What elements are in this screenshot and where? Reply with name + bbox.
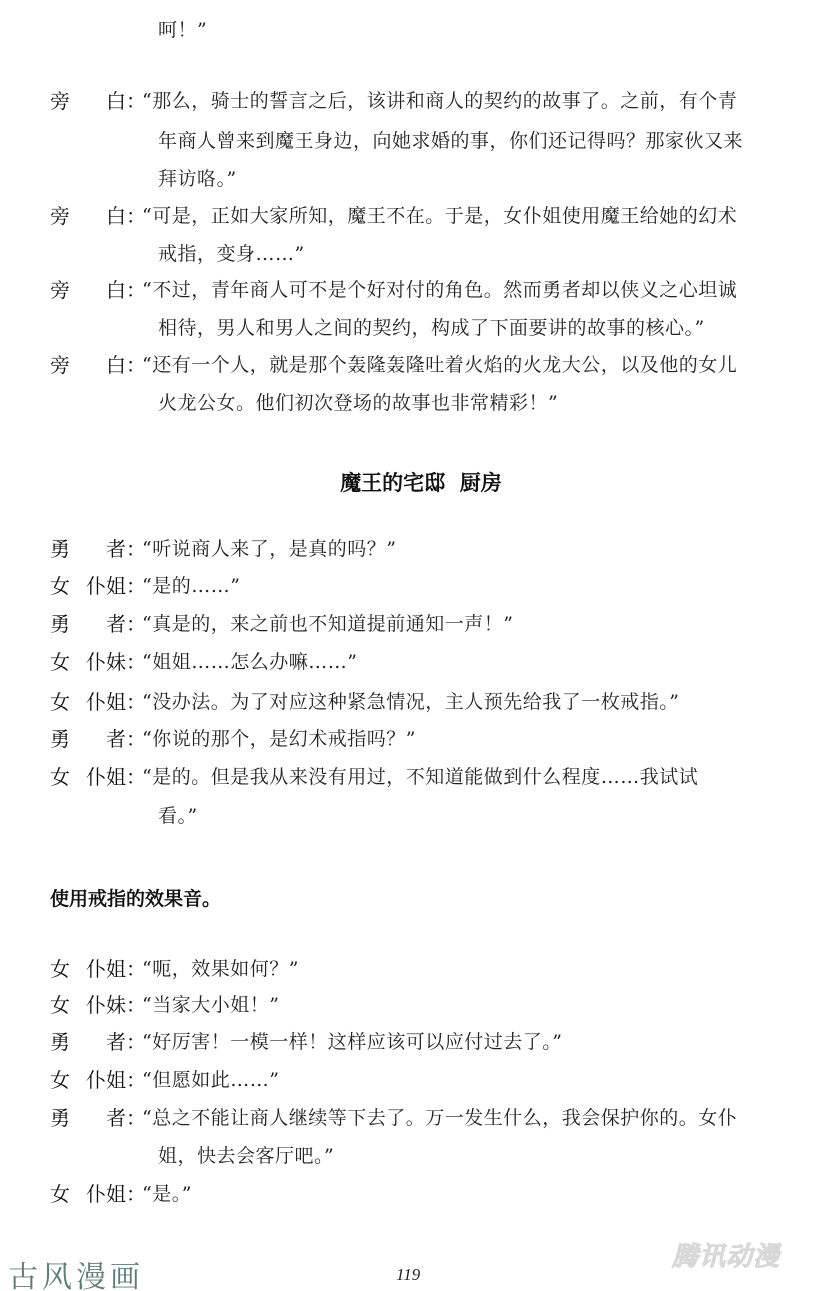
speaker-char-colon: 白： <box>106 90 146 112</box>
speaker-char: 白 <box>106 353 126 377</box>
speaker-char: 姐 <box>106 1068 126 1092</box>
page-number: 119 <box>396 1265 420 1285</box>
speaker-label: 旁 白： <box>50 279 140 301</box>
speaker-char: 女 <box>50 1069 70 1091</box>
dialogue-text: “真是的，来之前也不知道提前通知一声！” <box>142 613 513 635</box>
speaker-label: 勇 者： <box>50 613 140 635</box>
speaker-char-colon: 妹： <box>106 651 146 673</box>
speaker-char: 白 <box>106 278 126 302</box>
speaker-char: 女 <box>50 575 70 597</box>
speaker-char: 仆 <box>86 958 106 980</box>
dialogue-text: “总之不能让商人继续等下去了。万一发生什么，我会保护你的。女仆 <box>142 1107 737 1129</box>
scene-heading: 魔王的宅邸 厨房 <box>0 467 820 497</box>
speaker-char: 旁 <box>50 205 70 227</box>
speaker-char: 姐 <box>106 957 126 981</box>
book-page: 呵！” 旁 白： “那么，骑士的誓言之后，该讲和商人的契约的故事了。之前，有个青… <box>0 0 820 1291</box>
speaker-char: 旁 <box>50 90 70 112</box>
dialogue-text: “你说的那个，是幻术戒指吗？” <box>142 728 416 750</box>
speaker-char-colon: 姐： <box>106 691 146 713</box>
dialogue-text: 姐，快去会客厅吧。” <box>158 1145 334 1167</box>
speaker-char: 仆 <box>86 994 106 1016</box>
speaker-label: 勇 者： <box>50 538 140 560</box>
speaker-char-colon: 白： <box>106 354 146 376</box>
speaker-char-colon: 者： <box>106 728 146 750</box>
speaker-char-colon: 姐： <box>106 1069 146 1091</box>
speaker-char-colon: 姐： <box>106 766 146 788</box>
speaker-char: 女 <box>50 958 70 980</box>
speaker-char-colon: 白： <box>106 279 146 301</box>
speaker-char-colon: 者： <box>106 1107 146 1129</box>
dialogue-text: “呃，效果如何？” <box>142 958 299 980</box>
speaker-char: 女 <box>50 994 70 1016</box>
speaker-char: 者 <box>106 727 126 751</box>
speaker-char: 仆 <box>86 1069 106 1091</box>
dialogue-text: “听说商人来了，是真的吗？” <box>142 538 396 560</box>
speaker-char: 仆 <box>86 1183 106 1205</box>
speaker-label: 女 仆 姐： <box>50 1183 140 1205</box>
dialogue-text: “可是，正如大家所知，魔王不在。于是，女仆姐使用魔王给她的幻术 <box>142 205 737 227</box>
speaker-label: 女 仆 姐： <box>50 575 140 597</box>
speaker-label: 女 仆 姐： <box>50 1069 140 1091</box>
speaker-label: 勇 者： <box>50 1107 140 1129</box>
speaker-char: 女 <box>50 691 70 713</box>
speaker-char-colon: 者： <box>106 1031 146 1053</box>
dialogue-text: “还有一个人，就是那个轰隆轰隆吐着火焰的火龙大公，以及他的女儿 <box>142 354 737 376</box>
dialogue-text: 呵！” <box>158 19 207 41</box>
dialogue-text: “姐姐……怎么办嘛……” <box>142 651 357 673</box>
speaker-char: 勇 <box>50 538 70 560</box>
speaker-label: 女 仆 姐： <box>50 958 140 980</box>
speaker-label: 旁 白： <box>50 354 140 376</box>
dialogue-text: “好厉害！一模一样！这样应该可以应付过去了。” <box>142 1031 562 1053</box>
speaker-label: 勇 者： <box>50 728 140 750</box>
speaker-char-colon: 姐： <box>106 958 146 980</box>
speaker-char: 女 <box>50 651 70 673</box>
dialogue-text: “那么，骑士的誓言之后，该讲和商人的契约的故事了。之前，有个青 <box>142 90 737 112</box>
speaker-char: 姐 <box>106 574 126 598</box>
speaker-char: 勇 <box>50 613 70 635</box>
dialogue-text: 年商人曾来到魔王身边，向她求婚的事，你们还记得吗？那家伙又来 <box>158 130 743 152</box>
speaker-char: 勇 <box>50 1107 70 1129</box>
speaker-char: 姐 <box>106 765 126 789</box>
speaker-label: 旁 白： <box>50 205 140 227</box>
speaker-char: 旁 <box>50 279 70 301</box>
watermark-logo-gufeng: 古风漫画 <box>8 1252 144 1291</box>
dialogue-text: “当家大小姐！” <box>142 994 279 1016</box>
speaker-char: 者 <box>106 612 126 636</box>
dialogue-text: 戒指，变身……” <box>158 243 305 265</box>
speaker-char: 妹 <box>106 650 126 674</box>
speaker-char: 者 <box>106 1106 126 1130</box>
speaker-char: 仆 <box>86 651 106 673</box>
dialogue-text: “是的。但是我从来没有用过，不知道能做到什么程度……我试试 <box>142 766 698 788</box>
speaker-char: 姐 <box>106 690 126 714</box>
speaker-label: 女 仆 姐： <box>50 766 140 788</box>
speaker-char: 仆 <box>86 575 106 597</box>
speaker-char: 女 <box>50 766 70 788</box>
speaker-char: 勇 <box>50 728 70 750</box>
speaker-char: 仆 <box>86 691 106 713</box>
dialogue-text: “不过，青年商人可不是个好对付的角色。然而勇者却以侠义之心坦诚 <box>142 279 737 301</box>
speaker-char: 白 <box>106 89 126 113</box>
speaker-char-colon: 者： <box>106 538 146 560</box>
speaker-char: 姐 <box>106 1182 126 1206</box>
speaker-char: 勇 <box>50 1031 70 1053</box>
stage-direction: 使用戒指的效果音。 <box>50 884 221 911</box>
dialogue-text: 拜访咯。” <box>158 168 237 190</box>
speaker-char: 旁 <box>50 354 70 376</box>
speaker-label: 女 仆 妹： <box>50 651 140 673</box>
speaker-char-colon: 姐： <box>106 575 146 597</box>
speaker-label: 女 仆 妹： <box>50 994 140 1016</box>
dialogue-text: “是。” <box>142 1183 192 1205</box>
speaker-char-colon: 者： <box>106 613 146 635</box>
speaker-char: 者 <box>106 1030 126 1054</box>
speaker-char: 妹 <box>106 993 126 1017</box>
dialogue-text: “没办法。为了对应这种紧急情况，主人预先给我了一枚戒指。” <box>142 691 679 713</box>
speaker-char: 仆 <box>86 766 106 788</box>
speaker-char-colon: 白： <box>106 205 146 227</box>
speaker-char: 白 <box>106 204 126 228</box>
speaker-label: 勇 者： <box>50 1031 140 1053</box>
speaker-char: 者 <box>106 537 126 561</box>
dialogue-text: “但愿如此……” <box>142 1069 279 1091</box>
dialogue-text: 相待，男人和男人之间的契约，构成了下面要讲的故事的核心。” <box>158 317 705 339</box>
dialogue-text: “是的……” <box>142 575 240 597</box>
speaker-char-colon: 姐： <box>106 1183 146 1205</box>
speaker-char: 女 <box>50 1183 70 1205</box>
speaker-label: 女 仆 姐： <box>50 691 140 713</box>
dialogue-text: 看。” <box>158 805 198 827</box>
speaker-label: 旁 白： <box>50 90 140 112</box>
dialogue-text: 火龙公女。他们初次登场的故事也非常精彩！” <box>158 392 558 414</box>
watermark-logo-tencent: 腾讯动漫 <box>672 1236 780 1273</box>
speaker-char-colon: 妹： <box>106 994 146 1016</box>
